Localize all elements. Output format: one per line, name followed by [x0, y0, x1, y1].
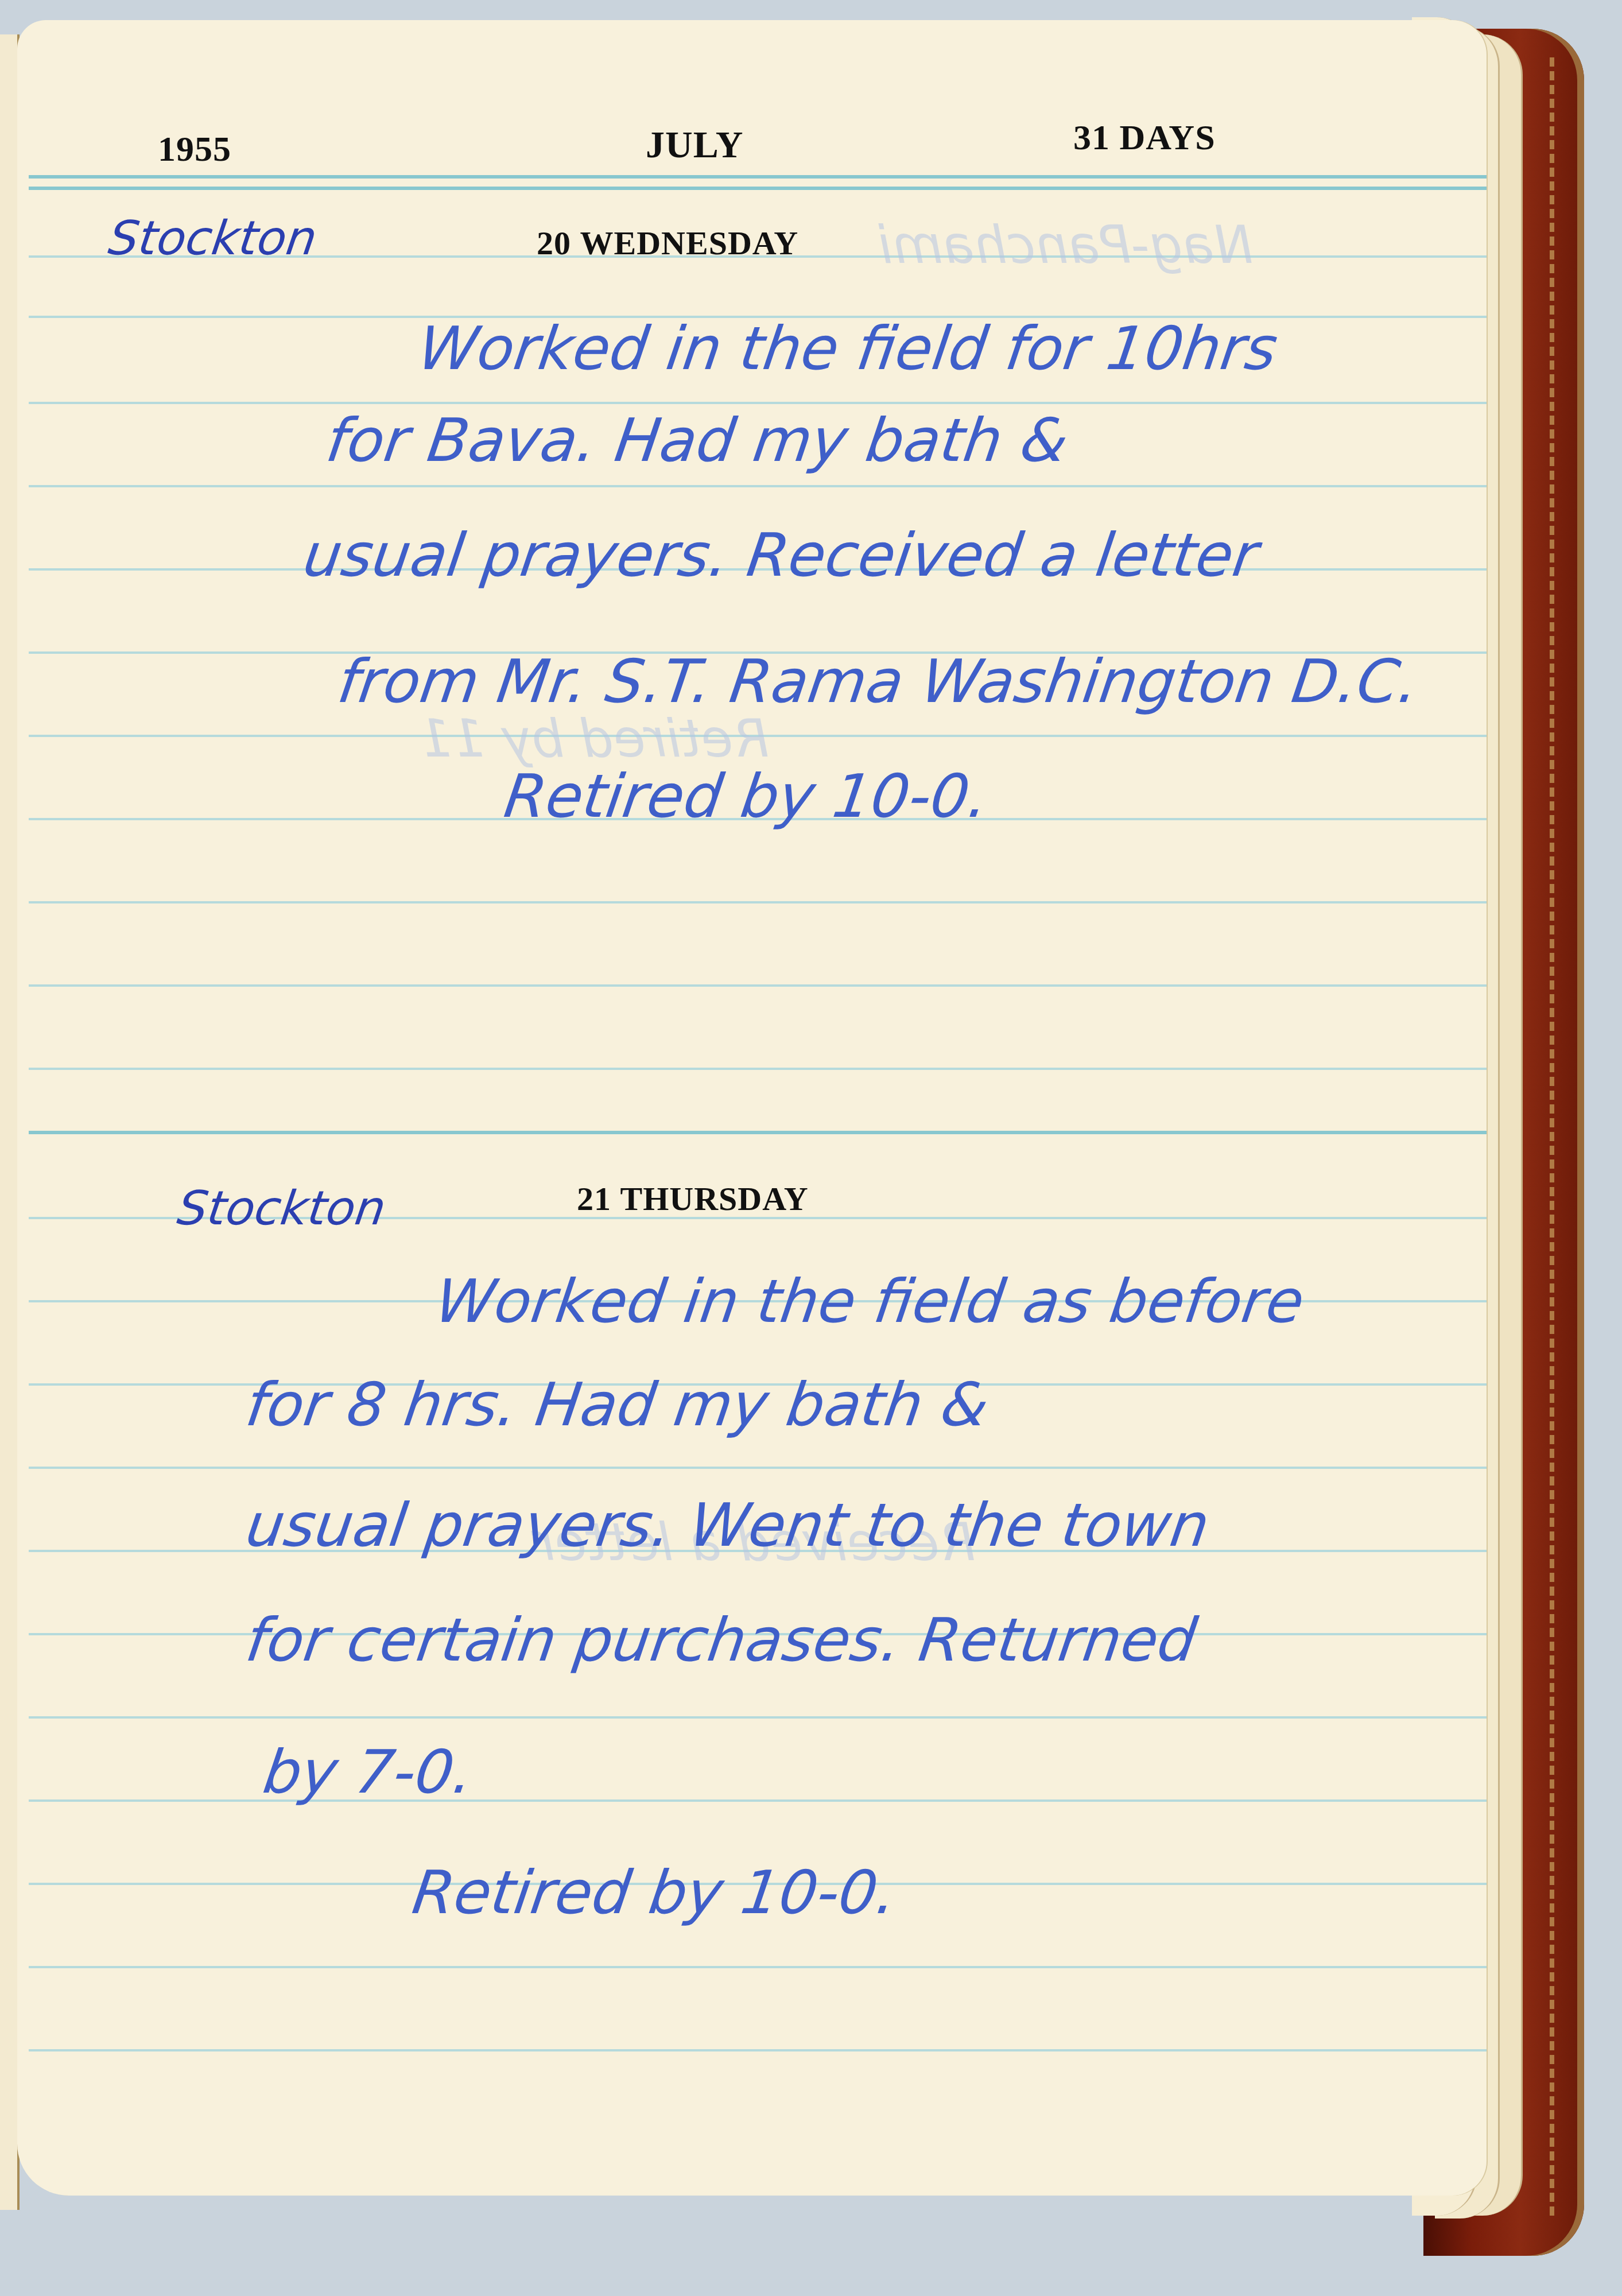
- diary-page: Nag-Panchami Retired by 11 Received a le…: [17, 20, 1487, 2196]
- header-days-in-month: 31 DAYS: [1073, 118, 1216, 158]
- header-month: JULY: [646, 123, 743, 167]
- day-heading: 20 WEDNESDAY: [537, 224, 798, 262]
- entry-line: for 8 hrs. Had my bath &: [243, 1375, 992, 1434]
- day-number: 21: [577, 1180, 611, 1217]
- facing-page-edge: [0, 34, 20, 2210]
- entry-line: Worked in the field for 10hrs: [415, 319, 1281, 378]
- ruled-line: [29, 1716, 1487, 1719]
- entry-line: for Bava. Had my bath &: [323, 410, 1072, 470]
- day-heading: 21 THURSDAY: [577, 1180, 809, 1218]
- ruled-line: [29, 2049, 1487, 2051]
- entry-line: Retired by 10-0.: [501, 766, 992, 826]
- margin-location-note: Stockton: [174, 1185, 389, 1232]
- entry-line: Worked in the field as before: [432, 1271, 1308, 1331]
- day-number: 20: [537, 224, 571, 262]
- bleed-through-text: Nag-Panchami: [878, 215, 1253, 276]
- header-year: 1955: [158, 129, 231, 170]
- cover-stitching: [1550, 57, 1554, 2216]
- entry-line: usual prayers. Received a letter: [300, 525, 1262, 585]
- ruled-line: [29, 901, 1487, 903]
- entry-line: for certain purchases. Returned: [243, 1610, 1201, 1670]
- weekday: THURSDAY: [620, 1180, 809, 1217]
- ruled-line: [29, 402, 1487, 404]
- entry-line: from Mr. S.T. Rama Washington D.C.: [335, 651, 1423, 711]
- weekday: WEDNESDAY: [580, 224, 799, 262]
- entry-line: Retired by 10-0.: [409, 1863, 901, 1922]
- bleed-through-text: Retired by 11: [419, 709, 769, 769]
- ruled-line: [29, 984, 1487, 987]
- day-divider: [29, 1131, 1487, 1134]
- ruled-line: [29, 485, 1487, 487]
- entry-line: usual prayers. Went to the town: [243, 1495, 1213, 1555]
- margin-location-note: Stockton: [106, 215, 320, 262]
- header-rule: [29, 187, 1487, 190]
- header-rule: [29, 175, 1487, 179]
- ruled-line: [29, 1467, 1487, 1469]
- ruled-line: [29, 1068, 1487, 1070]
- entry-line: by 7-0.: [260, 1742, 477, 1802]
- ruled-line: [29, 1799, 1487, 1802]
- ruled-line: [29, 1966, 1487, 1968]
